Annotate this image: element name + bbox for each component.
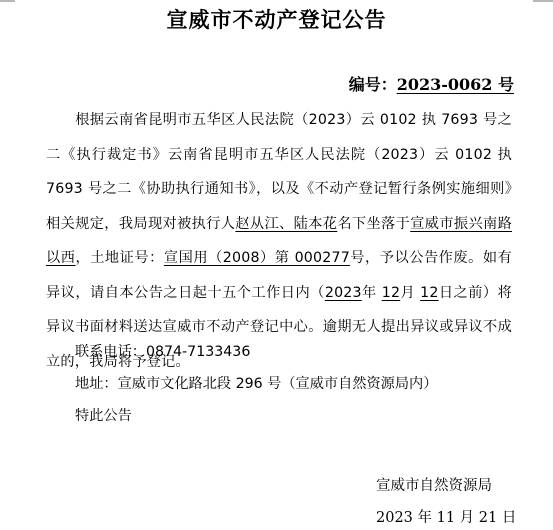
body-segment: ，土地证号： bbox=[75, 250, 163, 266]
body-segment: 根据云南省昆明市五华区人民法院（2023）云 0102 执 7693 号之二《执… bbox=[46, 112, 512, 232]
contact-phone-line: 联系电话：0874-7133436 bbox=[46, 341, 250, 361]
deadline-month: 12 bbox=[382, 285, 400, 301]
address: 地址：宣威市文化路北段 296 号（宣威市自然资源局内） bbox=[75, 376, 437, 392]
page-corner-mark-right bbox=[533, 0, 553, 2]
page-title: 宣威市不动产登记公告 bbox=[0, 4, 553, 34]
body-segment: 名下坐落于 bbox=[337, 216, 410, 232]
land-certificate-number: 宣国用（2008）第 000277 bbox=[164, 250, 350, 266]
document-number-label: 编号： bbox=[349, 75, 397, 94]
deadline-day: 12 bbox=[420, 285, 438, 301]
owner-names: 赵从江、陆本花 bbox=[235, 216, 337, 232]
address-line: 地址：宣威市文化路北段 296 号（宣威市自然资源局内） bbox=[46, 373, 437, 393]
body-segment: 年 bbox=[362, 285, 382, 301]
contact-phone: 联系电话：0874-7133436 bbox=[75, 344, 250, 360]
closing-line: 特此公告 bbox=[46, 405, 132, 425]
document-number: 编号：2023-0062 号 bbox=[349, 72, 514, 95]
deadline-year: 2023 bbox=[325, 285, 362, 301]
announcement-body: 根据云南省昆明市五华区人民法院（2023）云 0102 执 7693 号之二《执… bbox=[46, 103, 512, 379]
page-corner-mark-left bbox=[0, 0, 15, 2]
closing-text: 特此公告 bbox=[75, 408, 132, 424]
issue-date: 2023 年 11 月 21 日 bbox=[376, 506, 516, 527]
body-segment: 月 bbox=[400, 285, 420, 301]
issuer-signature: 宣威市自然资源局 bbox=[376, 474, 492, 495]
document-number-value: 2023-0062 号 bbox=[397, 75, 514, 94]
